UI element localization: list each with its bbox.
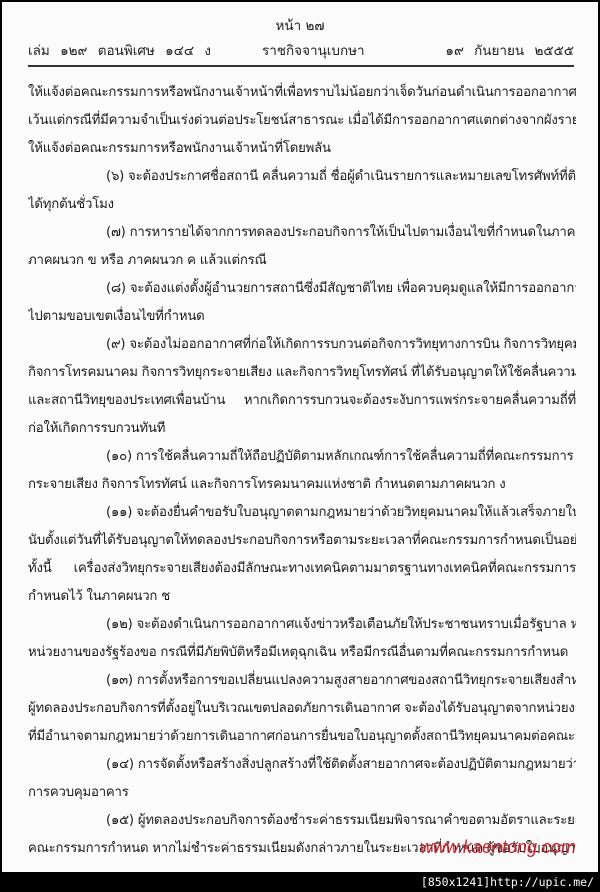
clause-first-line: (๑๐) การใช้คลื่นความถี่ให้ถือปฏิบัติตามห… bbox=[28, 443, 576, 471]
clause-first-line: (๗) การหารายได้จากการทดลองประกอบกิจการให… bbox=[28, 219, 576, 247]
body-line: และสถานีวิทยุของประเทศเพื่อนบ้าน หากเกิด… bbox=[28, 387, 576, 415]
clause-first-line: (๑๒) จะต้องดำเนินการออกอากาศแจ้งข่าวหรือ… bbox=[28, 611, 576, 639]
body-line: ผู้ทดลองประกอบกิจการที่ตั้งอยู่ในบริเวณเ… bbox=[28, 695, 576, 723]
clause-first-line: (๑๔) การจัดตั้งหรือสร้างสิ่งปลูกสร้างที่… bbox=[28, 751, 576, 779]
body-line: ก่อให้เกิดการรบกวนทันที bbox=[28, 415, 576, 443]
page-number: หน้า ๒๗ bbox=[2, 14, 598, 36]
body-line: ให้แจ้งต่อคณะกรรมการหรือพนักงานเจ้าหน้าท… bbox=[28, 79, 576, 107]
body-line: ไปตามขอบเขตเงื่อนไขที่กำหนด bbox=[28, 303, 576, 331]
volume-issue: เล่ม ๑๒๙ ตอนพิเศษ ๑๔๔ ง bbox=[28, 39, 211, 61]
clause-first-line: (๘) จะต้องแต่งตั้งผู้อำนวยการสถานีซึ่งมี… bbox=[28, 275, 576, 303]
body-line: ทั้งนี้ เครื่องส่งวิทยุกระจายเสียงต้องมี… bbox=[28, 555, 576, 583]
body-line: ให้แจ้งต่อคณะกรรมการหรือพนักงานเจ้าหน้าท… bbox=[28, 135, 576, 163]
clause-first-line: (๙) จะต้องไม่ออกอากาศที่ก่อให้เกิดการรบก… bbox=[28, 331, 576, 359]
watermark-url: www.kaentong.com bbox=[420, 837, 576, 858]
body-line: หน่วยงานของรัฐร้องขอ กรณีที่มีภัยพิบัติห… bbox=[28, 639, 576, 667]
body-line: กระจายเสียง กิจการโทรทัศน์ และกิจการโทรค… bbox=[28, 471, 576, 499]
clause-first-line: (๑๑) จะต้องยื่นคำขอรับใบอนุญาตตามกฎหมายว… bbox=[28, 499, 576, 527]
body-line: ได้ทุกต้นชั่วโมง bbox=[28, 191, 576, 219]
body-line: เว้นแต่กรณีที่มีความจำเป็นเร่งด่วนต่อประ… bbox=[28, 107, 576, 135]
document-page: หน้า ๒๗ เล่ม ๑๒๙ ตอนพิเศษ ๑๔๔ ง ราชกิจจา… bbox=[2, 2, 598, 872]
body-line: นับตั้งแต่วันที่ได้รับอนุญาตให้ทดลองประก… bbox=[28, 527, 576, 555]
document-body: ให้แจ้งต่อคณะกรรมการหรือพนักงานเจ้าหน้าท… bbox=[28, 79, 576, 863]
body-line: ภาคผนวก ข หรือ ภาคผนวก ค แล้วแต่กรณี bbox=[28, 247, 576, 275]
clause-first-line: (๑๓) การตั้งหรือการขอเปลี่ยนแปลงความสูงส… bbox=[28, 667, 576, 695]
image-host-label: [850x1241]http://upic.me/ bbox=[421, 875, 594, 889]
body-line: ที่มีอำนาจตามกฎหมายว่าด้วยการเดินอากาศก่… bbox=[28, 723, 576, 751]
clause-first-line: (๑๕) ผู้ทดลองประกอบกิจการต้องชำระค่าธรรม… bbox=[28, 807, 576, 835]
body-line: การควบคุมอาคาร bbox=[28, 779, 576, 807]
publication-title: ราชกิจจานุเบกษา bbox=[262, 39, 365, 61]
clause-first-line: (๖) จะต้องประกาศชื่อสถานี คลื่นความถี่ ช… bbox=[28, 163, 576, 191]
header-rule bbox=[28, 65, 574, 67]
publication-date: ๑๙ กันยายน ๒๕๕๕ bbox=[445, 39, 574, 61]
gazette-header: เล่ม ๑๒๙ ตอนพิเศษ ๑๔๔ ง ราชกิจจานุเบกษา … bbox=[28, 39, 574, 59]
body-line: กำหนดไว้ ในภาคผนวก ช bbox=[28, 583, 576, 611]
body-line: กิจการโทรคมนาคม กิจการวิทยุกระจายเสียง แ… bbox=[28, 359, 576, 387]
